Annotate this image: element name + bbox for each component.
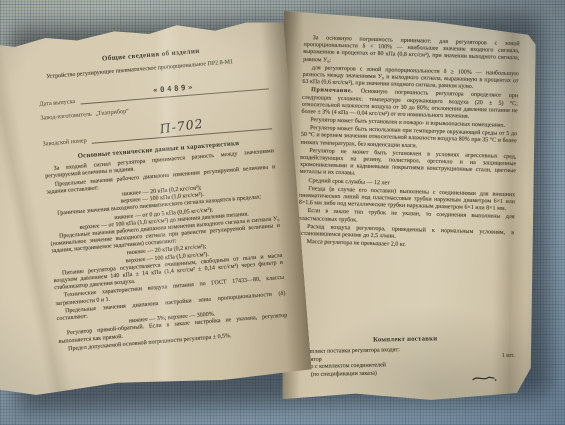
kit-heading: Комплект поставки <box>296 334 514 346</box>
manufacturer-value: „Тизприбор“ <box>95 108 129 118</box>
kit-item-qty: 1 шт. <box>502 352 515 360</box>
document-photo: За основную погрешность принимают: для р… <box>0 0 565 425</box>
delivery-kit-section: Комплект поставки В комплект поставки ре… <box>296 326 515 380</box>
booklet-page-right: За основную погрешность принимают: для р… <box>280 9 536 404</box>
note-label: Примечание. <box>311 87 353 94</box>
manufacturer-label: Завод-изготовитель <box>40 111 92 122</box>
left-page-text: Общие сведения об изделии Устройство рег… <box>36 42 289 355</box>
booklet-page-left: Общие сведения об изделии Устройство рег… <box>0 16 312 398</box>
serial-label: Заводской номер <box>42 137 87 148</box>
right-page-text: За основную погрешность принимают: для р… <box>298 35 520 254</box>
handwritten-mark-icon <box>471 371 497 390</box>
serial-handwritten-value: П-702 <box>158 116 204 137</box>
date-label: Дата выпуска <box>39 98 75 108</box>
date-stamp: «0489» <box>153 82 196 94</box>
